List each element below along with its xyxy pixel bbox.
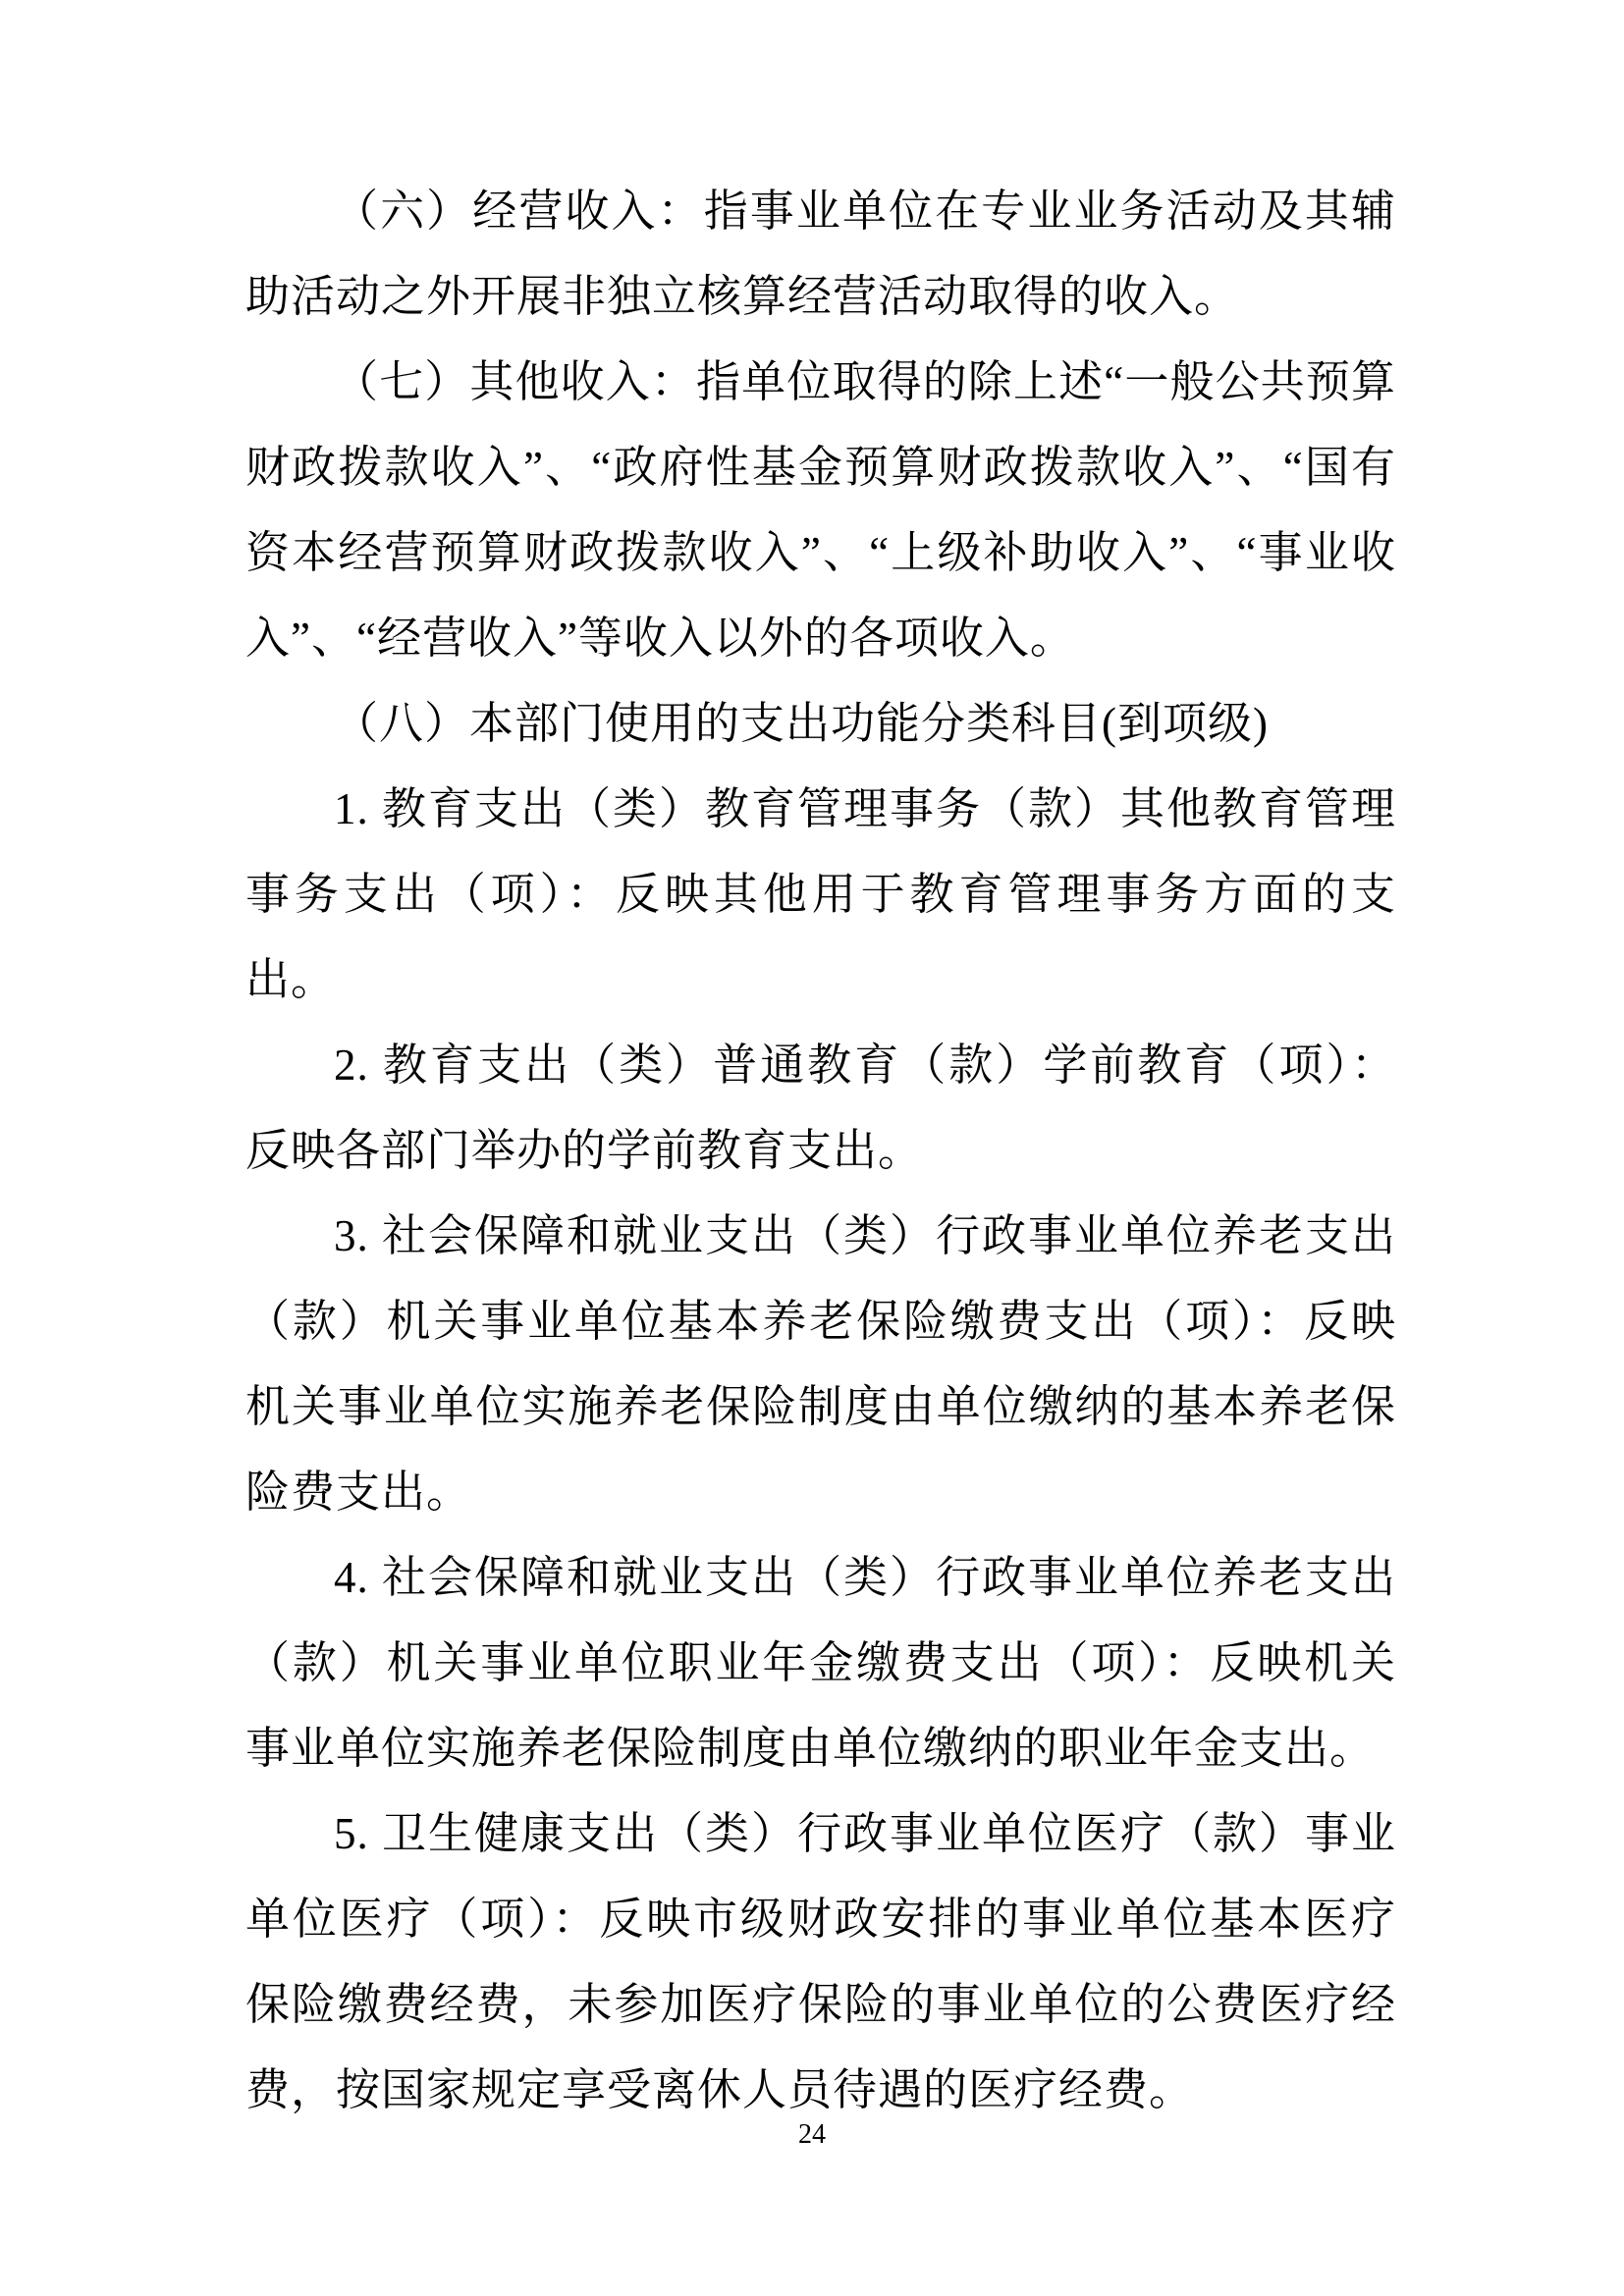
document-page: （六）经营收入：指事业单位在专业业务活动及其辅助活动之外开展非独立核算经营活动取… <box>0 0 1624 2296</box>
paragraph-item-3-basic-pension: 3. 社会保障和就业支出（类）行政事业单位养老支出（款）机关事业单位基本养老保险… <box>245 1194 1396 1535</box>
paragraph-other-income: （七）其他收入：指单位取得的除上述“一般公共预算财政拨款收入”、“政府性基金预算… <box>245 340 1396 681</box>
paragraph-item-5-health-expenditure: 5. 卫生健康支出（类）行政事业单位医疗（款）事业单位医疗（项）：反映市级财政安… <box>245 1791 1396 2133</box>
paragraph-expenditure-classification-heading: （八）本部门使用的支出功能分类科目(到项级) <box>245 681 1396 767</box>
document-body: （六）经营收入：指事业单位在专业业务活动及其辅助活动之外开展非独立核算经营活动取… <box>245 169 1396 2133</box>
paragraph-operating-income: （六）经营收入：指事业单位在专业业务活动及其辅助活动之外开展非独立核算经营活动取… <box>245 169 1396 340</box>
page-number: 24 <box>0 2118 1624 2152</box>
paragraph-item-4-occupational-annuity: 4. 社会保障和就业支出（类）行政事业单位养老支出（款）机关事业单位职业年金缴费… <box>245 1535 1396 1791</box>
paragraph-item-1-education-management: 1. 教育支出（类）教育管理事务（款）其他教育管理事务支出（项）：反映其他用于教… <box>245 767 1396 1023</box>
paragraph-item-2-preschool-education: 2. 教育支出（类）普通教育（款）学前教育（项）：反映各部门举办的学前教育支出。 <box>245 1023 1396 1194</box>
